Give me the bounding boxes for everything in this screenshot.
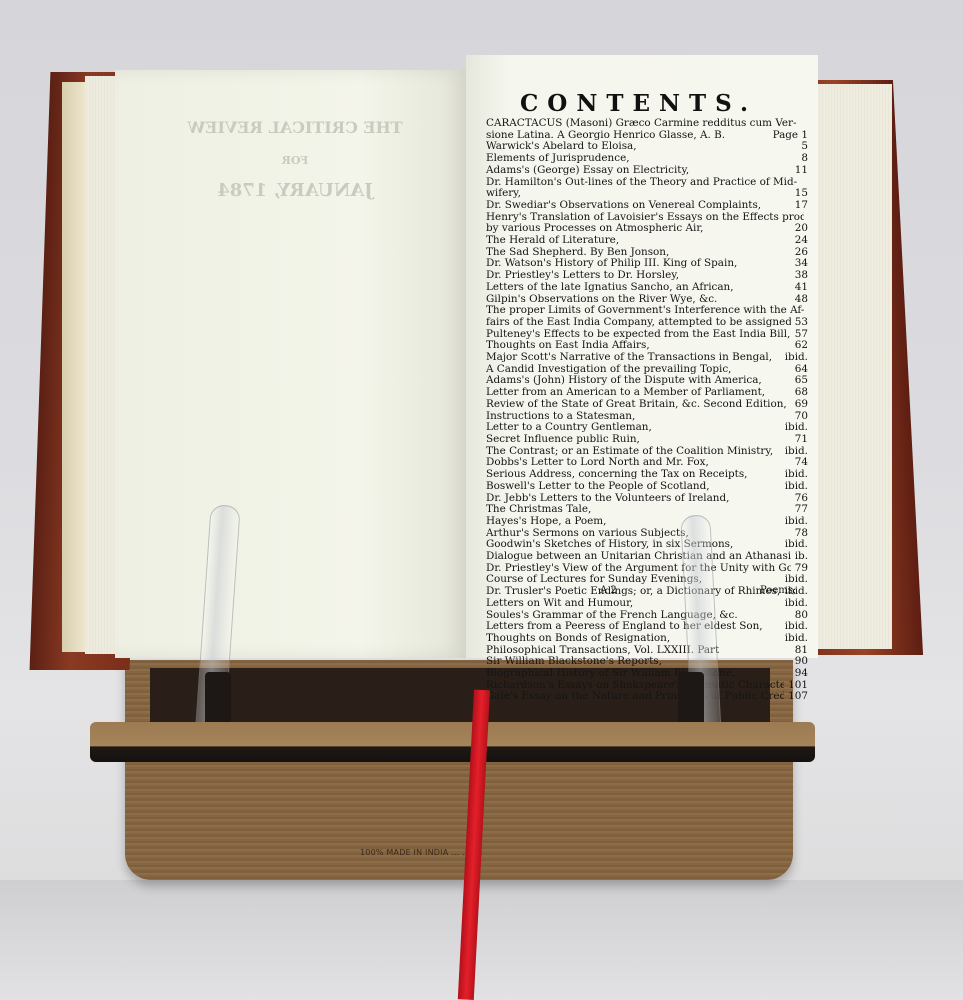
toc-entry-page: ibid. [781, 352, 808, 364]
toc-entry: Letters on Wit and Humour,ibid. [486, 598, 808, 610]
toc-entry-page: 68 [791, 387, 808, 399]
signature-mark: A 2 [600, 585, 617, 596]
toc-entry: Letters from a Peeress of England to her… [486, 621, 808, 633]
toc-entry-title: wifery, [486, 188, 521, 200]
toc-entry-page: 15 [791, 188, 808, 200]
toc-entry: Dr. Priestley's Letters to Dr. Horsley,3… [486, 270, 808, 282]
toc-entry: Sir William Blackstone's Reports,90 [486, 656, 808, 668]
toc-entry-page: 48 [791, 294, 808, 306]
toc-entry-page: 101 [784, 680, 808, 692]
toc-entry-page: ibid. [781, 516, 808, 528]
toc-entry-page: 57 [791, 329, 808, 341]
toc-entry: Richardson's Essays on Shakspeare's Dram… [486, 680, 808, 692]
toc-entry-page: 17 [791, 200, 808, 212]
toc-entry: Major Scott's Narrative of the Transacti… [486, 352, 808, 364]
toc-entry-title: Dr. Priestley's View of the Argument for… [486, 563, 791, 575]
toc-entry: Dr. Jebb's Letters to the Volunteers of … [486, 493, 808, 505]
toc-entry-title: Boswell's Letter to the People of Scotla… [486, 481, 710, 493]
toc-entry-title: Letter to a Country Gentleman, [486, 422, 652, 434]
toc-entry: Dr. Swediar's Observations on Venereal C… [486, 200, 808, 212]
page-block-right [812, 84, 892, 649]
toc-entry-page: 8 [797, 153, 808, 165]
toc-entry-page: 34 [791, 258, 808, 270]
toc-entry-page: 20 [791, 223, 808, 235]
toc-entry: Letters of the late Ignatius Sancho, an … [486, 282, 808, 294]
toc-entry: Letter from an American to a Member of P… [486, 387, 808, 399]
toc-entry-page: ibid. [781, 446, 808, 458]
toc-entry-page [804, 177, 808, 189]
toc-entry-title: Arthur's Sermons on various Subjects, [486, 528, 689, 540]
toc-entry-title: Dr. Jebb's Letters to the Volunteers of … [486, 493, 729, 505]
toc-entry-page: 70 [791, 411, 808, 423]
toc-entry: Dr. Priestley's View of the Argument for… [486, 563, 808, 575]
toc-entry-title: Gale's Essay on the Nature and Principle… [486, 691, 784, 703]
toc-entry: Boswell's Letter to the People of Scotla… [486, 481, 808, 493]
toc-entry-page: 26 [791, 247, 808, 259]
toc-entry-page [804, 212, 808, 224]
toc-entry: Gale's Essay on the Nature and Principle… [486, 691, 808, 703]
toc-entry-title: Secret Influence public Ruin, [486, 434, 640, 446]
toc-entry: Dialogue between an Unitarian Christian … [486, 551, 808, 563]
toc-entry-title: Letter from an American to a Member of P… [486, 387, 765, 399]
toc-entry-page: ibid. [781, 422, 808, 434]
toc-entry-page: ibid. [781, 469, 808, 481]
table-of-contents: CARACTACUS (Masoni) Græco Carmine reddit… [486, 118, 808, 703]
toc-entry: The Herald of Literature,24 [486, 235, 808, 247]
toc-entry: A Candid Investigation of the prevailing… [486, 364, 808, 376]
toc-entry-title: Letters of the late Ignatius Sancho, an … [486, 282, 734, 294]
toc-entry: Warwick's Abelard to Eloisa,5 [486, 141, 808, 153]
toc-entry-title: Sir William Blackstone's Reports, [486, 656, 662, 668]
toc-entry: Elements of Jurisprudence,8 [486, 153, 808, 165]
toc-entry-page: Page 1 [769, 130, 808, 142]
toc-entry-page: ibid. [781, 621, 808, 633]
toc-entry: wifery,15 [486, 188, 808, 200]
left-page: THE CRITICAL REVIEW FOR JANUARY, 1784 [115, 70, 467, 658]
toc-entry: The Sad Shepherd. By Ben Jonson,26 [486, 247, 808, 259]
toc-entry-title: Review of the State of Great Britain, &c… [486, 399, 787, 411]
toc-entry-page: 69 [791, 399, 808, 411]
bleed-through-text: FOR [145, 154, 445, 167]
toc-entry: Thoughts on East India Affairs,62 [486, 340, 808, 352]
toc-entry: Serious Address, concerning the Tax on R… [486, 469, 808, 481]
toc-entry: Soules's Grammar of the French Language,… [486, 610, 808, 622]
toc-entry: Secret Influence public Ruin,71 [486, 434, 808, 446]
toc-entry-title: The Christmas Tale, [486, 504, 591, 516]
toc-entry-page: ibid. [781, 598, 808, 610]
toc-entry-page: 64 [791, 364, 808, 376]
toc-entry-title: Elements of Jurisprudence, [486, 153, 630, 165]
toc-entry-page [804, 118, 808, 130]
toc-entry-title: Adams's (John) History of the Dispute wi… [486, 375, 762, 387]
toc-entry: Instructions to a Statesman,70 [486, 411, 808, 423]
toc-entry: Arthur's Sermons on various Subjects,78 [486, 528, 808, 540]
toc-entry-page: ibid. [781, 481, 808, 493]
toc-entry-title: A Candid Investigation of the prevailing… [486, 364, 731, 376]
toc-entry: Dr. Watson's History of Philip III. King… [486, 258, 808, 270]
toc-entry-page: 94 [791, 668, 808, 680]
toc-entry-title: Richardson's Essays on Shakspeare's Dram… [486, 680, 784, 692]
toc-entry-page: 41 [791, 282, 808, 294]
toc-entry-title: Dr. Trusler's Poetic Endings; or, a Dict… [486, 586, 780, 598]
toc-entry: Adams's (George) Essay on Electricity,11 [486, 165, 808, 177]
toc-entry-page: ib. [791, 551, 808, 563]
toc-entry: sione Latina. A Georgio Henrico Glasse, … [486, 130, 808, 142]
toc-entry: Thoughts on Bonds of Resignation,ibid. [486, 633, 808, 645]
toc-entry: Henry's Translation of Lavoisier's Essay… [486, 212, 808, 224]
toc-entry-page: ibid. [781, 539, 808, 551]
toc-entry-title: Thoughts on East India Affairs, [486, 340, 650, 352]
toc-entry: CARACTACUS (Masoni) Græco Carmine reddit… [486, 118, 808, 130]
toc-entry-title: Course of Lectures for Sunday Evenings, [486, 574, 702, 586]
toc-entry: Gilpin's Observations on the River Wye, … [486, 294, 808, 306]
toc-entry: Biographical History of Sir William Blac… [486, 668, 808, 680]
toc-entry: The Christmas Tale,77 [486, 504, 808, 516]
toc-entry-title: Dialogue between an Unitarian Christian … [486, 551, 791, 563]
toc-entry-page: 62 [791, 340, 808, 352]
toc-entry-title: Thoughts on Bonds of Resignation, [486, 633, 670, 645]
toc-entry: fairs of the East India Company, attempt… [486, 317, 808, 329]
toc-entry-page: 107 [784, 691, 808, 703]
toc-entry-title: sione Latina. A Georgio Henrico Glasse, … [486, 130, 725, 142]
toc-entry-page [804, 305, 808, 317]
toc-entry-title: Dr. Watson's History of Philip III. King… [486, 258, 737, 270]
toc-entry-title: Serious Address, concerning the Tax on R… [486, 469, 747, 481]
toc-entry: Review of the State of Great Britain, &c… [486, 399, 808, 411]
toc-entry: Goodwin's Sketches of History, in six Se… [486, 539, 808, 551]
toc-entry: Letter to a Country Gentleman,ibid. [486, 422, 808, 434]
toc-entry-title: Gilpin's Observations on the River Wye, … [486, 294, 717, 306]
catchword: Poems; [760, 585, 796, 596]
toc-entry-page: 81 [791, 645, 808, 657]
toc-entry-title: Dobbs's Letter to Lord North and Mr. Fox… [486, 457, 709, 469]
toc-entry: Pulteney's Effects to be expected from t… [486, 329, 808, 341]
toc-entry-page: 76 [791, 493, 808, 505]
toc-entry-page: 24 [791, 235, 808, 247]
toc-entry-title: Dr. Swediar's Observations on Venereal C… [486, 200, 761, 212]
toc-entry-title: Dr. Priestley's Letters to Dr. Horsley, [486, 270, 679, 282]
toc-entry: by various Processes on Atmospheric Air,… [486, 223, 808, 235]
toc-entry-page: 5 [797, 141, 808, 153]
toc-entry: Philosophical Transactions, Vol. LXXIII.… [486, 645, 808, 657]
toc-entry-title: The proper Limits of Government's Interf… [486, 305, 804, 317]
toc-entry-title: CARACTACUS (Masoni) Græco Carmine reddit… [486, 118, 797, 130]
toc-entry-page: 11 [791, 165, 808, 177]
toc-entry-title: by various Processes on Atmospheric Air, [486, 223, 703, 235]
toc-entry-title: fairs of the East India Company, attempt… [486, 317, 791, 329]
toc-entry-title: The Sad Shepherd. By Ben Jonson, [486, 247, 669, 259]
toc-entry-page: 90 [791, 656, 808, 668]
toc-entry-title: Major Scott's Narrative of the Transacti… [486, 352, 772, 364]
toc-entry: Dr. Hamilton's Out-lines of the Theory a… [486, 177, 808, 189]
toc-entry-title: Henry's Translation of Lavoisier's Essay… [486, 212, 804, 224]
toc-entry-title: The Contrast; or an Estimate of the Coal… [486, 446, 773, 458]
toc-entry-title: Letters on Wit and Humour, [486, 598, 633, 610]
toc-entry: The proper Limits of Government's Interf… [486, 305, 808, 317]
toc-entry-page: 53 [791, 317, 808, 329]
bleed-through-text: THE CRITICAL REVIEW [145, 118, 445, 137]
toc-entry-title: Hayes's Hope, a Poem, [486, 516, 606, 528]
toc-entry-title: The Herald of Literature, [486, 235, 619, 247]
toc-entry-page: ibid. [781, 633, 808, 645]
contents-heading: CONTENTS. [520, 90, 757, 117]
toc-entry-title: Dr. Hamilton's Out-lines of the Theory a… [486, 177, 797, 189]
table-surface [0, 880, 963, 1000]
toc-entry: Hayes's Hope, a Poem,ibid. [486, 516, 808, 528]
toc-entry-page: 80 [791, 610, 808, 622]
toc-entry-title: Warwick's Abelard to Eloisa, [486, 141, 637, 153]
stand-engraving: 100% MADE IN INDIA ... .com [360, 848, 483, 857]
toc-entry-page: 71 [791, 434, 808, 446]
toc-entry-title: Pulteney's Effects to be expected from t… [486, 329, 790, 341]
toc-entry-page: 77 [791, 504, 808, 516]
toc-entry-title: Letters from a Peeress of England to her… [486, 621, 763, 633]
toc-entry-page: 38 [791, 270, 808, 282]
toc-entry-title: Philosophical Transactions, Vol. LXXIII.… [486, 645, 719, 657]
toc-entry: The Contrast; or an Estimate of the Coal… [486, 446, 808, 458]
toc-entry-page: 74 [791, 457, 808, 469]
toc-entry-page: 65 [791, 375, 808, 387]
toc-entry: Dobbs's Letter to Lord North and Mr. Fox… [486, 457, 808, 469]
toc-entry-page: 78 [791, 528, 808, 540]
toc-entry-title: Adams's (George) Essay on Electricity, [486, 165, 689, 177]
toc-entry-page: 79 [791, 563, 808, 575]
toc-entry-title: Instructions to a Statesman, [486, 411, 635, 423]
bleed-through-text: JANUARY, 1784 [145, 180, 445, 201]
toc-entry: Adams's (John) History of the Dispute wi… [486, 375, 808, 387]
book-stand-ledge [90, 722, 815, 762]
